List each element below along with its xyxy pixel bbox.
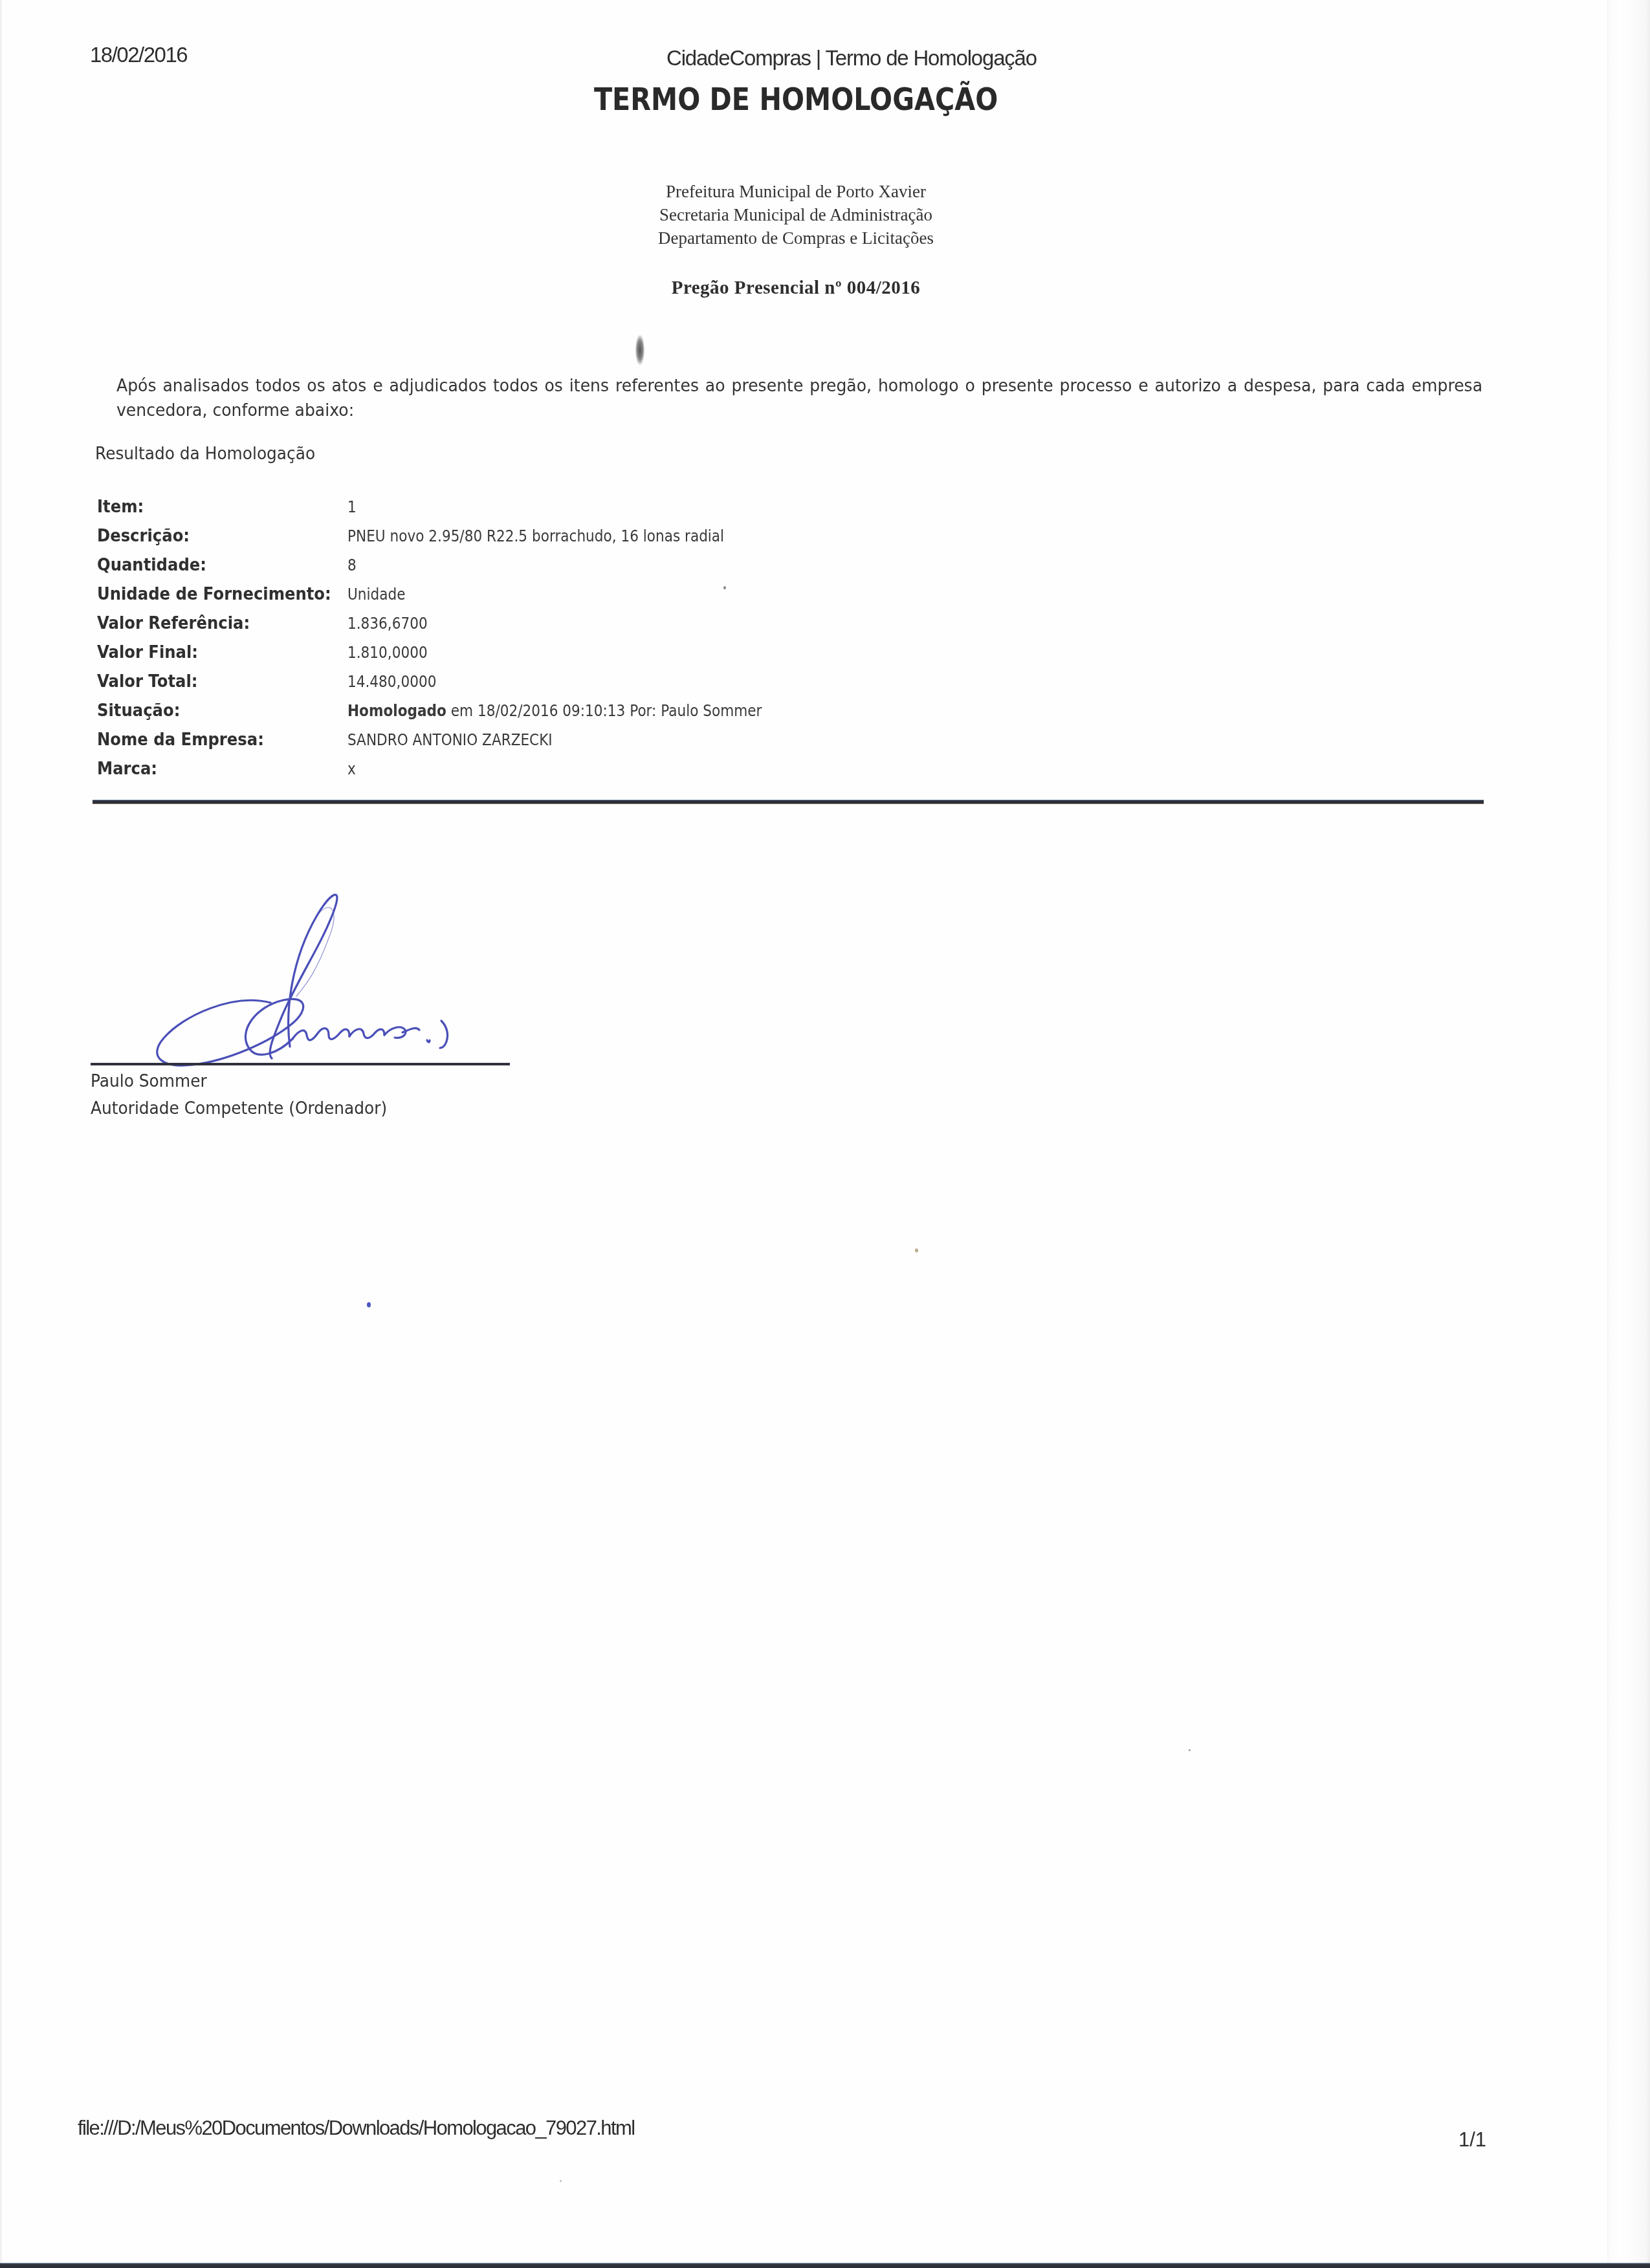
field-label: Marca: <box>97 759 157 779</box>
field-row-descricao: Descrição: PNEU novo 2.95/80 R22.5 borra… <box>97 526 1488 555</box>
field-label: Valor Referência: <box>97 613 250 633</box>
section-divider <box>93 800 1484 803</box>
organization-block: Prefeitura Municipal de Porto Xavier Sec… <box>0 180 1592 250</box>
field-row-empresa: Nome da Empresa: SANDRO ANTONIO ZARZECKI <box>97 730 1488 759</box>
scan-edge-left <box>0 0 2 2263</box>
signer-name: Paulo Sommer <box>91 1071 207 1091</box>
signature-line <box>91 1063 510 1065</box>
section-heading: Resultado da Homologação <box>95 444 315 464</box>
field-value: 1.810,0000 <box>347 644 428 662</box>
organization-line: Secretaria Municipal de Administração <box>0 203 1592 226</box>
field-row-marca: Marca: x <box>97 759 1488 788</box>
scanned-page: 18/02/2016 CidadeCompras | Termo de Homo… <box>0 0 1650 2268</box>
organization-line: Prefeitura Municipal de Porto Xavier <box>0 180 1592 203</box>
field-value: x <box>347 760 356 778</box>
scan-smudge <box>635 335 644 365</box>
organization-line: Departamento de Compras e Licitações <box>0 226 1592 250</box>
field-row-valor-total: Valor Total: 14.480,0000 <box>97 671 1488 701</box>
homologation-fields: Item: 1 Descrição: PNEU novo 2.95/80 R22… <box>97 497 1488 788</box>
field-label: Nome da Empresa: <box>97 730 264 750</box>
handwritten-signature <box>123 880 524 1074</box>
field-value-situacao: Homologado em 18/02/2016 09:10:13 Por: P… <box>347 702 762 720</box>
field-value: PNEU novo 2.95/80 R22.5 borrachudo, 16 l… <box>347 527 724 545</box>
scan-bottom-edge <box>0 2263 1650 2268</box>
print-date: 18/02/2016 <box>90 43 187 67</box>
print-page-number: 1/1 <box>1458 2128 1486 2152</box>
field-row-situacao: Situação: Homologado em 18/02/2016 09:10… <box>97 701 1488 730</box>
field-row-item: Item: 1 <box>97 497 1488 526</box>
field-label: Descrição: <box>97 526 190 546</box>
field-row-unidade: Unidade de Fornecimento: Unidade <box>97 584 1488 613</box>
field-label: Valor Total: <box>97 671 197 692</box>
process-number: Pregão Presencial nº 004/2016 <box>0 278 1592 299</box>
field-row-valor-referencia: Valor Referência: 1.836,6700 <box>97 613 1488 642</box>
field-value: 1 <box>347 498 357 516</box>
field-label: Unidade de Fornecimento: <box>97 584 331 604</box>
field-row-quantidade: Quantidade: 8 <box>97 555 1488 584</box>
signer-role: Autoridade Competente (Ordenador) <box>91 1098 387 1118</box>
scan-speck <box>560 2180 562 2182</box>
field-label: Item: <box>97 497 144 517</box>
ink-speck <box>367 1302 371 1307</box>
field-label: Situação: <box>97 701 180 721</box>
field-value: SANDRO ANTONIO ZARZECKI <box>347 731 553 749</box>
field-label: Valor Final: <box>97 642 198 662</box>
status-detail: em 18/02/2016 09:10:13 Por: Paulo Sommer <box>446 702 762 720</box>
scan-speck <box>1189 1749 1191 1751</box>
scan-speck <box>915 1248 918 1252</box>
field-label: Quantidade: <box>97 555 206 575</box>
field-value: 14.480,0000 <box>347 673 436 691</box>
scan-edge-right <box>1607 0 1650 2263</box>
field-value: 1.836,6700 <box>347 615 428 633</box>
status-text: Homologado <box>347 702 446 720</box>
field-row-valor-final: Valor Final: 1.810,0000 <box>97 642 1488 671</box>
field-value: 8 <box>347 556 357 574</box>
document-title: TERMO DE HOMOLOGAÇÃO <box>111 82 1480 118</box>
intro-paragraph: Após analisados todos os atos e adjudica… <box>116 374 1482 423</box>
print-footer-url: file:///D:/Meus%20Documentos/Downloads/H… <box>78 2117 634 2140</box>
scan-speck <box>723 586 726 589</box>
print-page-title: CidadeCompras | Termo de Homologação <box>666 46 1037 71</box>
field-value: Unidade <box>347 585 405 604</box>
